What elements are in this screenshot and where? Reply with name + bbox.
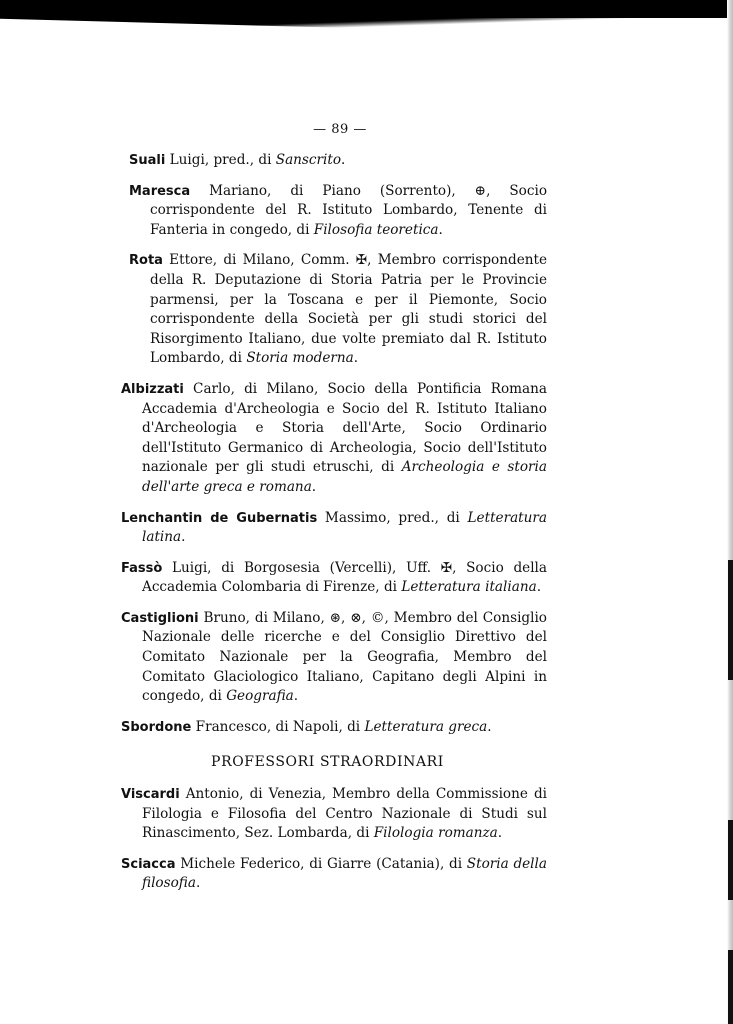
entry-text: Massimo, pred., di xyxy=(317,510,467,526)
subject: Letteratura greca xyxy=(364,719,487,735)
surname: Sciacca xyxy=(121,857,175,872)
ordinari-list: Suali Luigi, pred., di Sanscrito. Maresc… xyxy=(129,151,547,737)
entry-end: . xyxy=(196,875,200,891)
entry-end: . xyxy=(312,479,316,495)
entry-end: . xyxy=(341,152,345,168)
surname: Rota xyxy=(129,253,163,268)
list-item: Maresca Mariano, di Piano (Sorrento), ⊕,… xyxy=(129,182,547,241)
surname: Fassò xyxy=(121,561,162,576)
list-item: Suali Luigi, pred., di Sanscrito. xyxy=(129,151,547,171)
straordinari-list: Viscardi Antonio, di Venezia, Membro del… xyxy=(129,785,547,894)
list-item: Sciacca Michele Federico, di Giarre (Cat… xyxy=(121,855,547,894)
entry-end: . xyxy=(294,688,298,704)
list-item: Castiglioni Bruno, di Milano, ⊛, ⊗, ©, M… xyxy=(121,609,547,707)
surname: Castiglioni xyxy=(121,611,199,626)
entry-end: . xyxy=(181,529,185,545)
surname: Viscardi xyxy=(121,787,180,802)
list-item: Albizzati Carlo, di Milano, Socio della … xyxy=(121,380,547,498)
list-item: Sbordone Francesco, di Napoli, di Letter… xyxy=(121,718,547,738)
faculty-list: Suali Luigi, pred., di Sanscrito. Maresc… xyxy=(129,151,547,905)
surname: Maresca xyxy=(129,184,190,199)
subject: Geografia xyxy=(226,688,294,704)
list-item: Rota Ettore, di Milano, Comm. ✠, Membro … xyxy=(129,251,547,369)
subject: Filologia romanza xyxy=(374,825,498,841)
list-item: Lenchantin de Gubernatis Massimo, pred.,… xyxy=(121,509,547,548)
entry-end: . xyxy=(537,579,541,595)
list-item: Fassò Luigi, di Borgosesia (Vercelli), U… xyxy=(121,559,547,598)
surname: Albizzati xyxy=(121,382,184,397)
entry-text: Michele Federico, di Giarre (Catania), d… xyxy=(175,856,466,872)
subject: Storia moderna xyxy=(246,350,353,366)
list-item: Viscardi Antonio, di Venezia, Membro del… xyxy=(121,785,547,844)
entry-end: . xyxy=(498,825,502,841)
page-number: — 89 — xyxy=(0,122,680,137)
document-page: — 89 — Suali Luigi, pred., di Sanscrito.… xyxy=(0,0,733,1024)
surname: Suali xyxy=(129,153,165,168)
surname: Sbordone xyxy=(121,720,191,735)
entry-text: Bruno, di Milano, ⊛, ⊗, ©, Membro del Co… xyxy=(142,610,547,704)
surname: Lenchantin de Gubernatis xyxy=(121,511,317,526)
entry-end: . xyxy=(487,719,491,735)
entry-text: Francesco, di Napoli, di xyxy=(191,719,364,735)
entry-end: . xyxy=(439,222,443,238)
entry-text: Luigi, pred., di xyxy=(165,152,275,168)
entry-end: . xyxy=(354,350,358,366)
subject: Filosofia teoretica xyxy=(314,222,439,238)
subject: Sanscrito xyxy=(276,152,341,168)
section-heading: PROFESSORI STRAORDINARI xyxy=(108,753,547,773)
subject: Letteratura italiana xyxy=(401,579,536,595)
